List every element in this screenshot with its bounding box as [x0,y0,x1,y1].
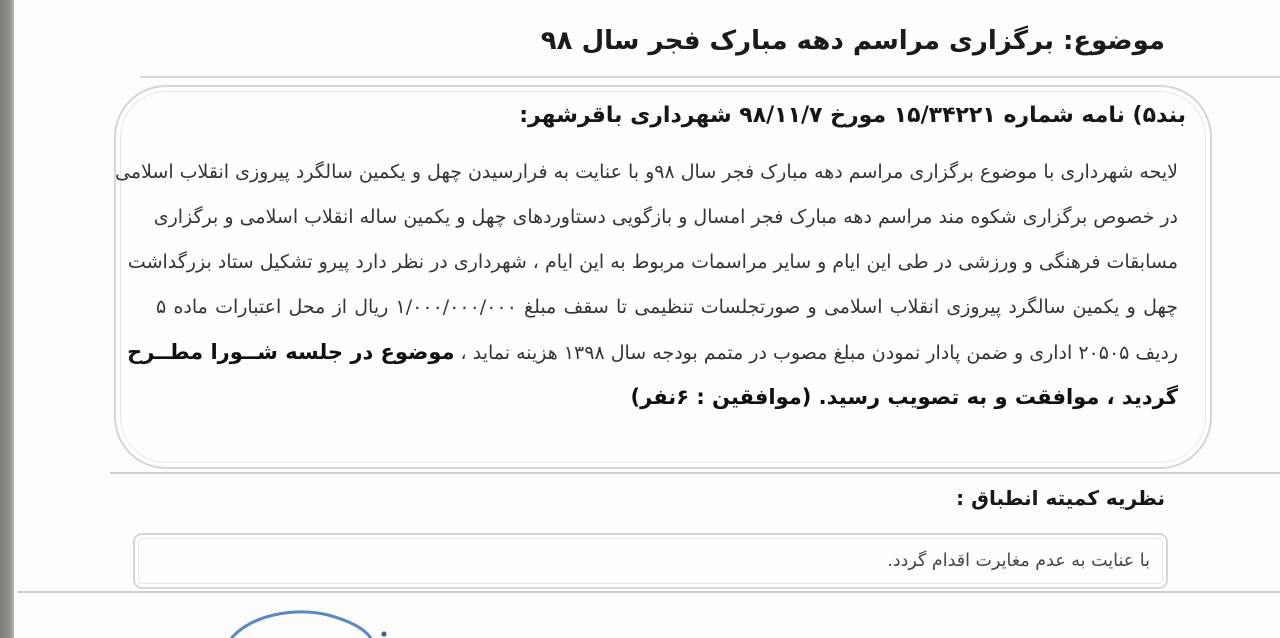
subject-title: موضوع: برگزاری مراسم دهه مبارک فجر سال ۹… [541,26,1165,56]
clause-heading: بند۵) نامه شماره ۱۵/۳۴۲۲۱ مورخ ۹۸/۱۱/۷ ش… [116,103,1186,128]
compliance-note-text: با عنایت به عدم مغایرت اقدام گردد. [135,551,1166,571]
body-line: مسابقات فرهنگی و ورزشی در طی این ایام و … [156,240,1178,285]
resolution-bold-run: موضوع در جلسه شــورا مطــرح [127,340,454,364]
scan-rule-line-top [140,76,1280,78]
clause-body: لایحه شهرداری با موضوع برگزاری مراسم دهه… [156,150,1178,420]
scan-rule-line-middle [110,472,1280,474]
scanned-document-page: { "doc": { "subject": "موضوع: برگزاری مر… [0,0,1280,638]
signature-stroke [212,602,432,638]
body-line: چهل و یکمین سالگرد پیروزی انقلاب اسلامی … [156,285,1178,330]
resolution-result-line: گردید ، موافقت و به تصویب رسید. (موافقین… [156,375,1178,420]
body-line: در خصوص برگزاری شکوه مند مراسم دهه مبارک… [156,195,1178,240]
compliance-committee-heading: نظریه کمیته انطباق : [956,486,1165,510]
scan-page-edge [0,0,14,638]
body-line-mixed: ردیف ۲۰۵۰۵ اداری و ضمن پادار نمودن مبلغ … [156,330,1178,375]
body-line: لایحه شهرداری با موضوع برگزاری مراسم دهه… [156,150,1178,195]
compliance-note-box: با عنایت به عدم مغایرت اقدام گردد. [133,533,1168,589]
scan-rule-line-bottom [18,591,1280,593]
body-line-regular-run: ردیف ۲۰۵۰۵ اداری و ضمن پادار نمودن مبلغ … [455,342,1178,364]
clause-box: بند۵) نامه شماره ۱۵/۳۴۲۲۱ مورخ ۹۸/۱۱/۷ ش… [114,85,1212,469]
